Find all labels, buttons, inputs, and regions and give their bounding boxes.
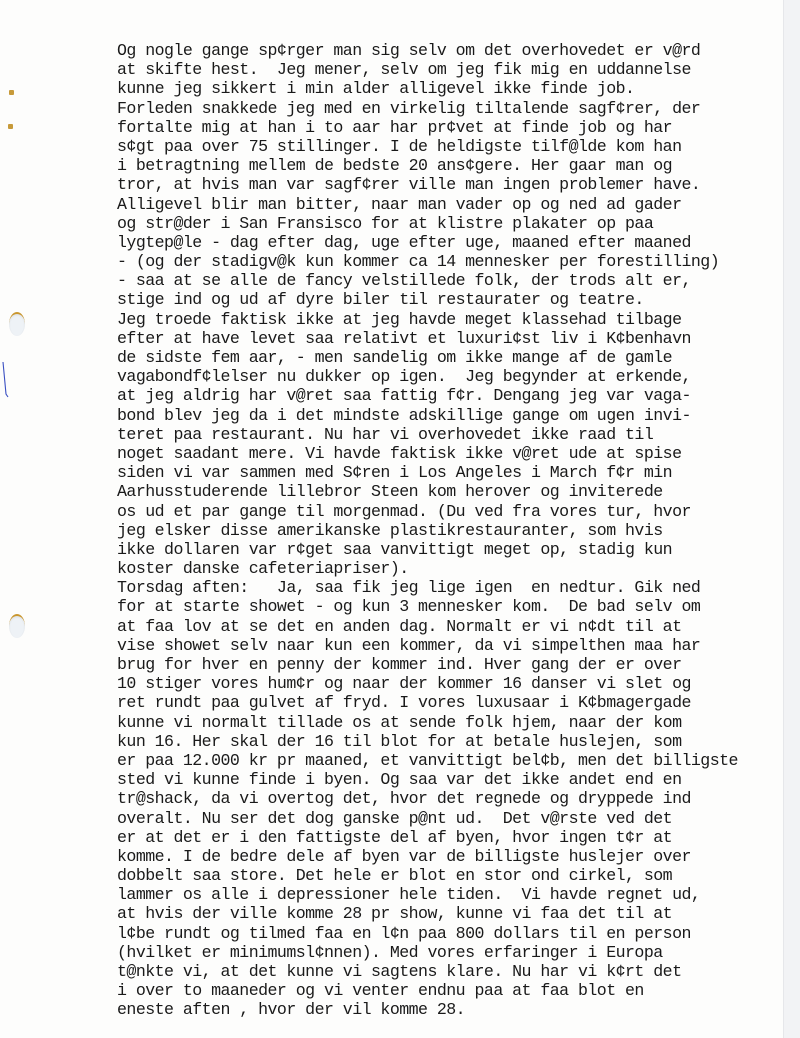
text-line: koster danske cafeteriapriser). <box>117 559 787 578</box>
text-line: overalt. Nu ser det dog ganske p@nt ud. … <box>117 809 787 828</box>
text-line: at hvis der ville komme 28 pr show, kunn… <box>117 904 787 923</box>
text-line: er at det er i den fattigste del af byen… <box>117 828 787 847</box>
text-line: t@nkte vi, at det kunne vi sagtens klare… <box>117 962 787 981</box>
text-line: tr@shack, da vi overtog det, hvor det re… <box>117 789 787 808</box>
text-line: os ud et par gange til morgenmad. (Du ve… <box>117 502 787 521</box>
text-line: er paa 12.000 kr pr maaned, et vanvittig… <box>117 751 787 770</box>
typewritten-page: Og nogle gange sp¢rger man sig selv om d… <box>0 0 784 1038</box>
text-line: brug for hver en penny der kommer ind. H… <box>117 655 787 674</box>
punch-hole-upper <box>9 312 25 336</box>
text-line: komme. I de bedre dele af byen var de bi… <box>117 847 787 866</box>
text-line: fortalte mig at han i to aar har pr¢vet … <box>117 118 787 137</box>
text-line: at faa lov at se det en anden dag. Norma… <box>117 617 787 636</box>
scan-edge <box>783 0 800 1038</box>
text-line: noget saadant mere. Vi havde faktisk ikk… <box>117 444 787 463</box>
text-line: kunne vi normalt tillade os at sende fol… <box>117 713 787 732</box>
text-line: i betragtning mellem de bedste 20 ans¢ge… <box>117 156 787 175</box>
text-line: vise showet selv naar kun een kommer, da… <box>117 636 787 655</box>
text-line: Forleden snakkede jeg med en virkelig ti… <box>117 99 787 118</box>
text-line: efter at have levet saa relativt et luxu… <box>117 329 787 348</box>
text-line: ret rundt paa gulvet af fryd. I vores lu… <box>117 693 787 712</box>
text-line: Alligevel blir man bitter, naar man vade… <box>117 195 787 214</box>
text-line: ikke dollaren var r¢get saa vanvittigt m… <box>117 540 787 559</box>
text-line: kun 16. Her skal der 16 til blot for at … <box>117 732 787 751</box>
text-line: teret paa restaurant. Nu har vi overhove… <box>117 425 787 444</box>
staple-mark-top <box>9 90 14 95</box>
text-line: s¢gt paa over 75 stillinger. I de heldig… <box>117 137 787 156</box>
text-line: sted vi kunne finde i byen. Og saa var d… <box>117 770 787 789</box>
text-line: at jeg aldrig har v@ret saa fattig f¢r. … <box>117 386 787 405</box>
letter-body: Og nogle gange sp¢rger man sig selv om d… <box>117 41 787 1020</box>
text-line: Og nogle gange sp¢rger man sig selv om d… <box>117 41 787 60</box>
text-line: tror, at hvis man var sagf¢rer ville man… <box>117 175 787 194</box>
text-line: vagabondf¢lelser nu dukker op igen. Jeg … <box>117 367 787 386</box>
text-line: lygtep@le - dag efter dag, uge efter uge… <box>117 233 787 252</box>
text-line: og str@der i San Fransisco for at klistr… <box>117 214 787 233</box>
text-line: bond blev jeg da i det mindste adskillig… <box>117 406 787 425</box>
text-line: l¢be rundt og tilmed faa en l¢n paa 800 … <box>117 924 787 943</box>
text-line: de sidste fem aar, - men sandelig om ikk… <box>117 348 787 367</box>
text-line: Jeg troede faktisk ikke at jeg havde meg… <box>117 310 787 329</box>
text-line: siden vi var sammen med S¢ren i Los Ange… <box>117 463 787 482</box>
text-line: i over to maaneder og vi venter endnu pa… <box>117 981 787 1000</box>
text-line: kunne jeg sikkert i min alder alligevel … <box>117 79 787 98</box>
text-line: eneste aften , hvor der vil komme 28. <box>117 1000 787 1019</box>
text-line: - saa at se alle de fancy velstillede fo… <box>117 271 787 290</box>
text-line: - (og der stadigv@k kun kommer ca 14 men… <box>117 252 787 271</box>
text-line: jeg elsker disse amerikanske plastikrest… <box>117 521 787 540</box>
text-line: (hvilket er minimumsl¢nnen). Med vores e… <box>117 943 787 962</box>
text-line: for at starte showet - og kun 3 menneske… <box>117 597 787 616</box>
punch-hole-lower <box>9 614 25 638</box>
text-line: Torsdag aften: Ja, saa fik jeg lige igen… <box>117 578 787 597</box>
text-line: lammer os alle i depressioner hele tiden… <box>117 885 787 904</box>
text-line: 10 stiger vores hum¢r og naar der kommer… <box>117 674 787 693</box>
staple-mark-bottom <box>8 124 13 129</box>
pen-margin-mark <box>2 360 10 400</box>
text-line: stige ind og ud af dyre biler til restau… <box>117 290 787 309</box>
text-line: dobbelt saa store. Det hele er blot en s… <box>117 866 787 885</box>
text-line: at skifte hest. Jeg mener, selv om jeg f… <box>117 60 787 79</box>
text-line: Aarhusstuderende lillebror Steen kom her… <box>117 482 787 501</box>
